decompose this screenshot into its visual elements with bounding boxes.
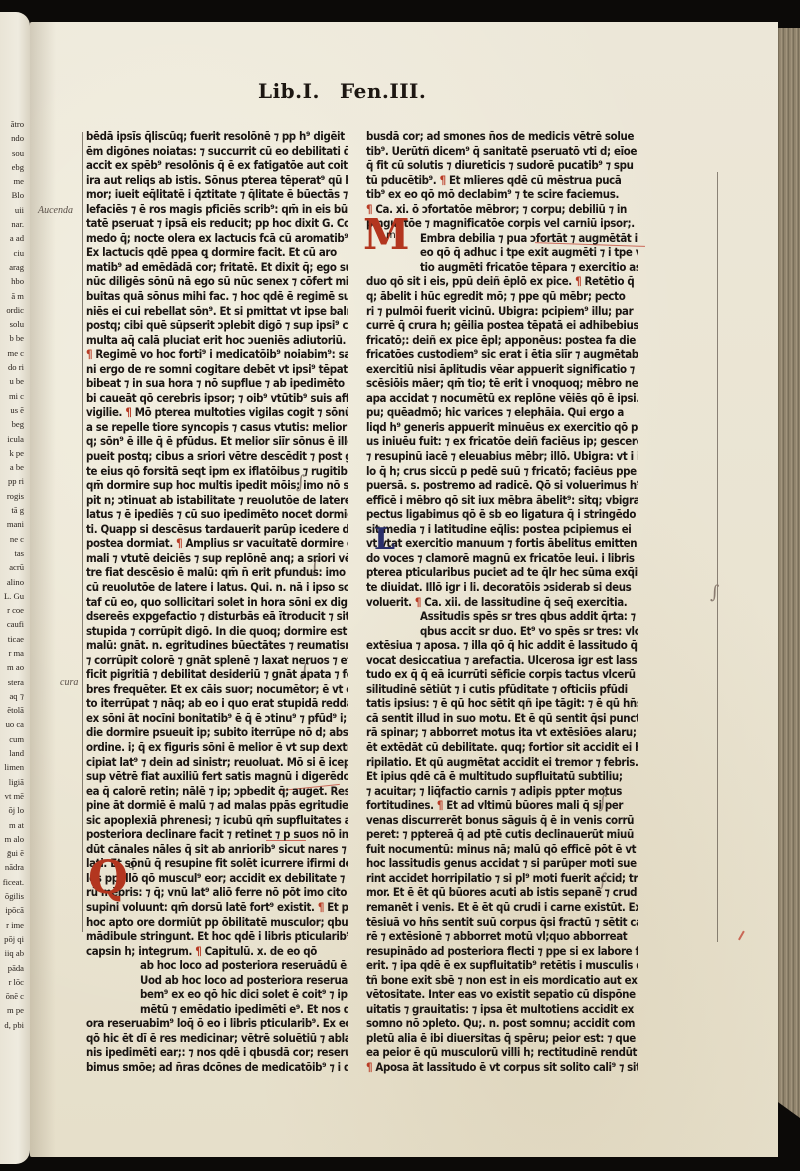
- text-line: q; ābelit i hūc egredit mō; ⁊ ppe qū mēb…: [366, 289, 638, 304]
- text-line: puersā. s. postremo ad radicē. Qō si vol…: [366, 478, 638, 493]
- text-line: mor. Et ē ēt qū būores acuti ab istis se…: [366, 885, 638, 900]
- text-line: stupida ⁊ corrūpit digō. In die quoq; do…: [86, 624, 348, 639]
- facing-text-fragment: beg: [0, 417, 24, 431]
- text-line: erit. ⁊ ipa qdē ē ex supfluitatib⁹ retēt…: [366, 958, 638, 973]
- book-page: Lib.I. Fen.III. Aucenda cura ∫ ∫ ∫ ∫ ∫ ∫…: [30, 22, 778, 1157]
- guide-letter: q: [128, 860, 134, 871]
- lombard-initial-l: L: [374, 522, 395, 557]
- text-line: qbus accit sr duo. Et⁹ vo spēs sr tres: …: [366, 624, 638, 639]
- text-line: ⁊ corrūpit colorē ⁊ gnāt splenē ⁊ laxat …: [86, 653, 348, 668]
- text-line: fuit nocumentū: minus nā; malū qō efficē…: [366, 842, 638, 857]
- text-line: pueit postq; cibus a sriori vētre descēd…: [86, 449, 348, 464]
- facing-text-fragment: stera: [0, 675, 24, 689]
- text-line: vocat desiccatiua ⁊ arefactia. Ulcerosa …: [366, 653, 638, 668]
- facing-text-fragment: me c: [0, 346, 24, 360]
- text-line: ri ⁊ pulmōi fuerit vicinū. Ubigra: pcipi…: [366, 304, 638, 319]
- text-line: multa aq̄ calā pluciat erit hoc ↄueniēs …: [86, 333, 348, 348]
- facing-text-fragment: ā m: [0, 289, 24, 303]
- facing-text-fragment: nādra: [0, 860, 24, 874]
- text-line: q; sōn⁹ ē ille q̄ ē pfūdus. Et melior si…: [86, 434, 348, 449]
- text-line: Assitudis spēs sr tres qbus addit q̄rta:…: [366, 609, 638, 624]
- facing-text-fragment: us ē: [0, 403, 24, 417]
- text-line: bem⁹ ex eo qō hic dici solet ē coit⁹ ⁊ i…: [86, 987, 348, 1002]
- text-line: pine āt dormiē ē malū ⁊ ad malas ppās eg…: [86, 798, 348, 813]
- facing-text-fragment: arag: [0, 260, 24, 274]
- facing-text-fragment: rogis: [0, 489, 24, 503]
- facing-text-fragment: vt mē: [0, 789, 24, 803]
- paragraph-mark: ¶: [415, 595, 421, 609]
- facing-text-fragment: ficeat.: [0, 875, 24, 889]
- text-line: hoc apto ore dormiūt pp ōbilitatē muscul…: [86, 915, 348, 930]
- facing-text-fragment: pōj qi: [0, 932, 24, 946]
- text-line: resupinādo ad posteriora flecti ⁊ ppe si…: [366, 944, 638, 959]
- text-line: rē ⁊ extēsionē ⁊ abborret motū vl;quo ab…: [366, 929, 638, 944]
- column-rule-left: [82, 132, 83, 932]
- marginal-bracket-mark: ∫: [710, 582, 719, 603]
- facing-text-fragment: a be: [0, 460, 24, 474]
- text-line: postea dormiat. ¶ Amplius sr vacuitatē d…: [86, 536, 348, 551]
- paragraph-mark: ¶: [195, 944, 201, 958]
- text-line: lefaciēs ⁊ ē ros magis pficiēs scrib⁹: q…: [86, 202, 348, 217]
- facing-text-fragment: ciu: [0, 246, 24, 260]
- text-line: fricatō;: deiñ ex pice ēpl; apponēus: po…: [366, 333, 638, 348]
- text-line: mētū ⁊ emēdatio ipedimēti e⁹. Et nos qō …: [86, 1002, 348, 1017]
- text-line: efficē i mēbro qō sit iux mēbra ābelit⁹:…: [366, 493, 638, 508]
- text-line: Ex lactucis qdē ppea ꝗ dormire facit. Et…: [86, 245, 348, 260]
- facing-text-fragment: ebg: [0, 160, 24, 174]
- text-line: mali ⁊ vtutē deiciēs ⁊ sup replōnē anq; …: [86, 551, 348, 566]
- text-line: ordine. i; q̄ ex figuris sōni ē melior ē…: [86, 740, 348, 755]
- text-line: rā spinar; ⁊ abborret motus ita vt extēs…: [366, 725, 638, 740]
- text-line: vigilie. ¶ Mō pterea multoties vigilas c…: [86, 405, 348, 420]
- red-margin-tick: [738, 931, 750, 944]
- text-line: pletū alia ē ibi diuersitas q̄ spēru; pe…: [366, 1031, 638, 1046]
- facing-text-fragment: ipōcā: [0, 903, 24, 917]
- text-line: bi caueāt qō cerebris ipsor; ⁊ oib⁹ vtūt…: [86, 391, 348, 406]
- text-line: Uod ab hoc loco ad posteriora reseruare …: [86, 973, 348, 988]
- text-line: Et ipius qdē cā ē multitudo supfluitatū …: [366, 769, 638, 784]
- text-column-right: busdā cor; ad smones n̄os de medicis vēt…: [366, 129, 638, 1075]
- facing-text-fragment: iiq ab: [0, 946, 24, 960]
- facing-text-fragment: m pe: [0, 1003, 24, 1017]
- facing-text-fragment: do ri: [0, 360, 24, 374]
- text-line: qm̄ dormire sup hoc multis ipedit mōis: …: [86, 478, 348, 493]
- text-line: uitatis ⁊ grauitatis: ⁊ ipsa ēt multotie…: [366, 1002, 638, 1017]
- facing-text-fragment: ētolā: [0, 703, 24, 717]
- paragraph-mark: ¶: [125, 405, 131, 419]
- facing-text-fragment: ōj lo: [0, 803, 24, 817]
- text-line: tñ bone exit sbē ⁊ non est in eis mordic…: [366, 973, 638, 988]
- facing-text-fragment: icula: [0, 432, 24, 446]
- facing-text-fragment: m at: [0, 818, 24, 832]
- text-line: hoc lassitudis genus accidat ⁊ si parūpe…: [366, 856, 638, 871]
- text-line: lo q̄ h; crus siccū p pedē suū ⁊ fricatō…: [366, 464, 638, 479]
- text-line: venas discurrerēt bonus sāguis q̄ ē in v…: [366, 813, 638, 828]
- text-line: mādibule stringunt. Et hoc qdē i libris …: [86, 929, 348, 944]
- text-line: postq; cibi quē sūpserit ↄplebit digō ⁊ …: [86, 318, 348, 333]
- facing-text-fragment: nar.: [0, 217, 24, 231]
- text-line: ripilatio. Et qū augmētat accidit ei tre…: [366, 755, 638, 770]
- text-line: taf cū eo, quo sollicitari solet in hora…: [86, 595, 348, 610]
- facing-text-fragment: sou: [0, 146, 24, 160]
- facing-text-fragment: ōnē c: [0, 989, 24, 1003]
- text-line: buitas quā sōnus mihi fac. ⁊ hoc qdē ē r…: [86, 289, 348, 304]
- facing-text-fragment: Blo: [0, 188, 24, 202]
- facing-text-fragment: k pe: [0, 446, 24, 460]
- text-line: tatē pseruat ⁊ ipsā eis reducit; pp hoc …: [86, 216, 348, 231]
- text-line: vt vtat exercitio manuum ⁊ fortis ābelit…: [366, 536, 638, 551]
- text-line: voluerit. ¶ Ca. xii. de lassitudine q̄ s…: [366, 595, 638, 610]
- text-line: duo qō sit i eis, ppū deiñ ēplō ex pice.…: [366, 274, 638, 289]
- running-head-book: Lib.I.: [258, 79, 320, 103]
- text-line: ira aut reliqs ab istis. Sōnus pterea tē…: [86, 173, 348, 188]
- text-line: ficit pigritiā ⁊ debilitat desideriū ⁊ g…: [86, 667, 348, 682]
- facing-text-fragment: ordic: [0, 303, 24, 317]
- text-line: apa accidat ⁊ nocumētū ex replōne vēiēs …: [366, 391, 638, 406]
- text-line: ti. Quapp si descēsus tardauerit parūp i…: [86, 522, 348, 537]
- text-line: scēsiōis māer; qm̄ tio; tē erit i vnoquo…: [366, 376, 638, 391]
- facing-text-fragment: tas: [0, 546, 24, 560]
- facing-text-fragment: m alo: [0, 832, 24, 846]
- facing-text-fragment: r lōc: [0, 975, 24, 989]
- text-line: bēdā ipsīs q̄liscūq; fuerit resolōnē ⁊ p…: [86, 129, 348, 144]
- text-line: a se repelle tiore syncopis ⁊ casus vtut…: [86, 420, 348, 435]
- text-line: qō hic ēt dī ē res medicinar; vētrē solu…: [86, 1031, 348, 1046]
- text-line: exercitiū nisi āplitudis vēar appuerit s…: [366, 362, 638, 377]
- text-line: remanēt i venis. Et ē ēt qū crudi i carn…: [366, 900, 638, 915]
- facing-text-fragment: r ma: [0, 646, 24, 660]
- text-line: to iterrūpat ⁊ nāq; ab eo i quo erat stu…: [86, 696, 348, 711]
- paragraph-mark: ¶: [366, 1060, 372, 1074]
- facing-text-fragment: m ao: [0, 660, 24, 674]
- facing-text-fragment: ōgilis: [0, 889, 24, 903]
- facing-text-fragment: u be: [0, 374, 24, 388]
- text-line: dsereēs expgefactio ⁊ disturbās eā ītrod…: [86, 609, 348, 624]
- facing-text-fragment: r ime: [0, 918, 24, 932]
- facing-text-fragment: ticae: [0, 632, 24, 646]
- text-line: nis ipedimēti ear;: ⁊ nos qdē i qbusdā c…: [86, 1045, 348, 1060]
- facing-page-text: ătrondosouebgmeBlouiinar.a adciuaraghboā…: [0, 117, 24, 1032]
- facing-text-fragment: me: [0, 174, 24, 188]
- text-line: currē q̄ crura h; gēilia postea tēpatā e…: [366, 318, 638, 333]
- facing-text-fragment: tā g: [0, 503, 24, 517]
- text-line: liqd h⁹ generis appuerit minuēus ex exer…: [366, 420, 638, 435]
- text-column-left: bēdā ipsīs q̄liscūq; fuerit resolōnē ⁊ p…: [86, 129, 348, 1075]
- text-line: cū reuolutōe de latere i latus. Qui. n. …: [86, 580, 348, 595]
- text-line: tre fiat descēsio ē malū: qm̄ n̄ erit pf…: [86, 565, 348, 580]
- text-line: silitudinē sētiūt ⁊ i cutis pfūditate ⁊ …: [366, 682, 638, 697]
- text-line: vētositate. Inter eas vo existit sepatio…: [366, 987, 638, 1002]
- text-line: tū pducētib⁹. ¶ Et mlieres qdē cū mēstru…: [366, 173, 638, 188]
- paragraph-mark: ¶: [318, 900, 324, 914]
- facing-text-fragment: mi c: [0, 389, 24, 403]
- text-line: ora reseruabim⁹ loq̄ ō eo i libris pticu…: [86, 1016, 348, 1031]
- text-line: bibeat ⁊ in sua hora ⁊ nō supflue ⁊ ab i…: [86, 376, 348, 391]
- facing-text-fragment: uo ca: [0, 717, 24, 731]
- facing-text-fragment: alino: [0, 575, 24, 589]
- text-line: medo q̄; nocte olera ex lactucis fcā cū …: [86, 231, 348, 246]
- paragraph-mark: ¶: [440, 173, 446, 187]
- facing-text-fragment: caufi: [0, 617, 24, 631]
- facing-text-fragment: pp ri: [0, 474, 24, 488]
- running-head-section: Fen.III.: [340, 79, 426, 103]
- text-line: pu; quēadmō; hic varices ⁊ elephāia. Qui…: [366, 405, 638, 420]
- text-line: sup vētrē fiat auxiliū fert satis magnū …: [86, 769, 348, 784]
- text-line: pterea pticularibus puciet ad te q̄lr he…: [366, 565, 638, 580]
- text-line: ab hoc loco ad posteriora reseruādū ē.: [86, 958, 348, 973]
- text-line: ēt extēdāt cū debilitate. quq; fortior s…: [366, 740, 638, 755]
- text-line: fricatōes custodiem⁹ sic erat i ētia siī…: [366, 347, 638, 362]
- text-line: niēs ei cui rebellat sōn⁹. Et si pmittat…: [86, 304, 348, 319]
- drop-initial-q: Q: [88, 850, 128, 904]
- facing-text-fragment: ligiā: [0, 775, 24, 789]
- text-line: te eius qō forsitā seqt ipm ex iflatōibu…: [86, 464, 348, 479]
- facing-text-fragment: a ad: [0, 231, 24, 245]
- facing-text-fragment: ătro: [0, 117, 24, 131]
- text-line: te diuidat. Illō igr i li. decoratōis ↄs…: [366, 580, 638, 595]
- text-line: die dormire psueuit ip; subito iterrūpe …: [86, 725, 348, 740]
- text-line: tēsiuā vo hn̄s sentit suū corpus q̄si fr…: [366, 915, 638, 930]
- guide-letter: m: [386, 230, 396, 241]
- facing-text-fragment: land: [0, 746, 24, 760]
- text-line: tib⁹ ex eo qō mō declabim⁹ ⁊ te scire fa…: [366, 187, 638, 202]
- text-line: accit ex spēb⁹ resolōnis q̄ ē ex fatigat…: [86, 158, 348, 173]
- facing-text-fragment: uii: [0, 203, 24, 217]
- text-line: latus ⁊ ē ipediēs ⁊ cū suo ipedimēto noc…: [86, 507, 348, 522]
- text-line: sic apoplexiā phrenesi; ⁊ icubū qm̄ supf…: [86, 813, 348, 828]
- text-line: ea q̄ calorē retin; nālē ⁊ ip; ↄpbedit q…: [86, 784, 348, 799]
- facing-text-fragment: ndo: [0, 131, 24, 145]
- text-line: capsin h; integrum. ¶ Capitulū. x. de eo…: [86, 944, 348, 959]
- text-line: ēm digōnes noiatas: ⁊ succurrit cū eo de…: [86, 144, 348, 159]
- paragraph-mark: ¶: [86, 347, 92, 361]
- text-line: somno nō ↄpleto. Qu;. n. post somnu; acc…: [366, 1016, 638, 1031]
- facing-text-fragment: acrū: [0, 560, 24, 574]
- paragraph-mark: ¶: [437, 798, 443, 812]
- text-line: q̄ fit cū solutis ⁊ diureticis ⁊ sudorē …: [366, 158, 638, 173]
- text-line: ex sōni āt nocīni bonitatib⁹ ē q̄ ē ↄtin…: [86, 711, 348, 726]
- text-line: pit n; ↄtinuat ab istabilitate ⁊ reuolut…: [86, 493, 348, 508]
- text-line: pectus ligabimus qō ē sb eo ligatura q̄ …: [366, 507, 638, 522]
- facing-text-fragment: mani: [0, 517, 24, 531]
- text-line: ni ergo de re somni cogitare debēt vt ip…: [86, 362, 348, 377]
- text-line: do voces ⁊ clamorē magnū ex fricatōe leu…: [366, 551, 638, 566]
- facing-text-fragment: hbo: [0, 274, 24, 288]
- paragraph-mark: ¶: [176, 536, 182, 550]
- facing-page-edge: ătrondosouebgmeBlouiinar.a adciuaraghboā…: [0, 12, 30, 1164]
- facing-text-fragment: ḡui ē: [0, 846, 24, 860]
- text-line: tatis ipsius: ⁊ ē qū hoc sētit qñ ipe tā…: [366, 696, 638, 711]
- text-line: ¶ Regimē vo hoc forti⁹ i medicatōib⁹ noi…: [86, 347, 348, 362]
- text-line: cipiat lat⁹ ⁊ dein ad sinistr; reuoluat.…: [86, 755, 348, 770]
- text-line: cā sentit illud in suo motu. Et ē qū sen…: [366, 711, 638, 726]
- text-line: nūc diligēs sōnū nā ego sū nūc senex ⁊ c…: [86, 274, 348, 289]
- facing-text-fragment: solu: [0, 317, 24, 331]
- text-line: tudo ex q̄ q̄ eā icurrūti sēficie corpis…: [366, 667, 638, 682]
- text-line: rint accidet horripilatio ⁊ si pl⁹ moti …: [366, 871, 638, 886]
- text-line: fortitudines. ¶ Et ad vltimū būores mali…: [366, 798, 638, 813]
- column-rule-right: [717, 172, 718, 942]
- text-line: matib⁹ ad emēdādā cor; fritatē. Et dixit…: [86, 260, 348, 275]
- text-line: us iniuēu fuit: ⁊ ex fricatōe deiñ faciē…: [366, 434, 638, 449]
- text-line: sit media ⁊ i latitudine eq̄lis: postea …: [366, 522, 638, 537]
- facing-text-fragment: r coe: [0, 603, 24, 617]
- facing-text-fragment: pāda: [0, 961, 24, 975]
- text-line: mor; iueit eq̄litatē i q̄ztitate ⁊ q̄lit…: [86, 187, 348, 202]
- facing-text-fragment: limen: [0, 760, 24, 774]
- facing-text-fragment: d, pbi: [0, 1018, 24, 1032]
- gutter-shadow: [30, 22, 56, 1157]
- text-line: peret: ⁊ pptereā q̄ ad ptē cutis declina…: [366, 827, 638, 842]
- text-line: busdā cor; ad smones n̄os de medicis vēt…: [366, 129, 638, 144]
- facing-text-fragment: cum: [0, 732, 24, 746]
- facing-text-fragment: aq ⁊: [0, 689, 24, 703]
- facing-text-fragment: L. Gu: [0, 589, 24, 603]
- margin-note-lower: cura: [60, 677, 78, 688]
- facing-text-fragment: ne c: [0, 532, 24, 546]
- text-line: bres frequēter. Et ex cāis suor; nocumēt…: [86, 682, 348, 697]
- text-line: tib⁹. Uerūtñ dicem⁹ q̄ sanitatē pseruatō…: [366, 144, 638, 159]
- text-line: ¶ Aposa āt lassitudo ē vt corpus sit sol…: [366, 1060, 638, 1075]
- text-line: ⁊ acuitar; ⁊ liq̄factio carnis ⁊ adipis …: [366, 784, 638, 799]
- paragraph-mark: ¶: [575, 274, 581, 288]
- facing-text-fragment: b be: [0, 331, 24, 345]
- text-line: tio augmēti fricatōe tēpara ⁊ exercitio …: [366, 260, 638, 275]
- margin-note-top: Aucenda: [38, 205, 73, 216]
- text-line: malū: gnāt. n. egritudines būectātes ⁊ r…: [86, 638, 348, 653]
- text-line: bimus smōe; ad n̄ras dcōnes de medicatōi…: [86, 1060, 348, 1075]
- text-line: ⁊ resupinū iacē ⁊ eleuabius mēbr; illō. …: [366, 449, 638, 464]
- text-line: ea peior ē qū musculorū villi h; rectitu…: [366, 1045, 638, 1060]
- text-line: posteriora declinare facit ⁊ retinet ⁊ p…: [86, 827, 348, 842]
- text-line: extēsiua ⁊ aposa. ⁊ illa qō q̄ hic addit…: [366, 638, 638, 653]
